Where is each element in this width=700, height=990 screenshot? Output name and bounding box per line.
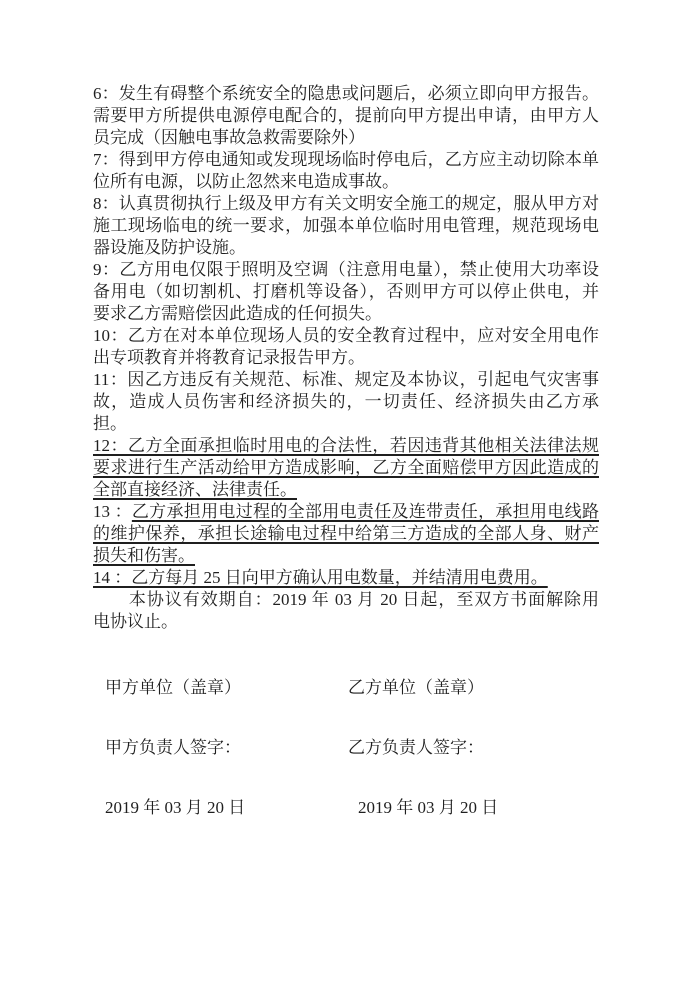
clause-line: 8：认真贯彻执行上级及甲方有关文明安全施工的规定，服从甲方对	[93, 193, 599, 215]
clause-line: 12：乙方全面承担临时用电的合法性，若因违背其他相关法律法规	[93, 435, 599, 457]
party-b-unit-label: 乙方单位（盖章）	[348, 678, 484, 698]
underlined-clause-text: 的维护保养，承担长途输电过程中给第三方造成的全部人身、财产	[93, 524, 599, 543]
clause-line: 施工现场临电的统一要求，加强本单位临时用电管理，规范现场电	[93, 215, 599, 237]
clause-line: 器设施及防护设施。	[93, 237, 599, 259]
party-a-signer-label: 甲方负责人签字：	[105, 738, 241, 758]
party-a-unit-label: 甲方单位（盖章）	[105, 678, 241, 698]
clause-line: 位所有电源，以防止忽然来电造成事故。	[93, 171, 599, 193]
underlined-clause-text: 全部直接经济、法律责任。	[93, 480, 297, 499]
clause-line: 全部直接经济、法律责任。	[93, 479, 599, 501]
underlined-clause-text: 12：乙方全面承担临时用电的合法性，若因违背其他相关法律法规	[93, 436, 599, 455]
underlined-clause-text: 要求进行生产活动给甲方造成影响，乙方全面赔偿甲方因此造成的	[93, 458, 599, 477]
clause-line: 损失和伤害。	[93, 545, 599, 567]
clause-line: 11：因乙方违反有关规范、标准、规定及本协议，引起电气灾害事	[93, 369, 599, 391]
clause-number-prefix: 13 ：	[93, 502, 132, 521]
clause-line: 本协议有效期自：2019 年 03 月 20 日起，至双方书面解除用	[93, 589, 599, 611]
clause-line: 出专项教育并将教育记录报告甲方。	[93, 347, 599, 369]
clause-line: 备用电（如切割机、打磨机等设备），否则甲方可以停止供电，并	[93, 281, 599, 303]
underlined-clause-text: 乙方承担用电过程的全部用电责任及连带责任，承担用电线路	[132, 502, 599, 521]
party-b-date: 2019 年 03 月 20 日	[358, 798, 498, 818]
clause-line: 员完成（因触电事故急救需要除外）	[93, 127, 599, 149]
clause-line: 电协议止。	[93, 611, 599, 633]
clause-line: 要求乙方需赔偿因此造成的任何损失。	[93, 303, 599, 325]
clause-line: 需要甲方所提供电源停电配合的，提前向甲方提出申请，由甲方人	[93, 105, 599, 127]
clause-line: 7：得到甲方停电通知或发现现场临时停电后，乙方应主动切除本单	[93, 149, 599, 171]
clause-line: 故，造成人员伤害和经济损失的，一切责任、经济损失由乙方承	[93, 391, 599, 413]
clause-line: 14 ：乙方每月 25 日向甲方确认用电数量，并结清用电费用。	[93, 567, 599, 589]
clause-line: 6：发生有碍整个系统安全的隐患或问题后，必须立即向甲方报告。	[93, 83, 599, 105]
clause-line: 9：乙方用电仅限于照明及空调（注意用电量），禁止使用大功率设	[93, 259, 599, 281]
clause-line: 10：乙方在对本单位现场人员的安全教育过程中，应对安全用电作	[93, 325, 599, 347]
underlined-clause-text: 14 ：乙方每月 25 日向甲方确认用电数量，并结清用电费用。	[93, 568, 548, 587]
clause-line: 的维护保养，承担长途输电过程中给第三方造成的全部人身、财产	[93, 523, 599, 545]
agreement-clauses: 6：发生有碍整个系统安全的隐患或问题后，必须立即向甲方报告。需要甲方所提供电源停…	[93, 83, 599, 633]
party-b-signer-label: 乙方负责人签字：	[348, 738, 484, 758]
party-a-date: 2019 年 03 月 20 日	[105, 798, 245, 818]
clause-line: 13 ：乙方承担用电过程的全部用电责任及连带责任，承担用电线路	[93, 501, 599, 523]
underlined-clause-text: 损失和伤害。	[93, 546, 195, 565]
document-page: 6：发生有碍整个系统安全的隐患或问题后，必须立即向甲方报告。需要甲方所提供电源停…	[0, 0, 700, 990]
clause-line: 要求进行生产活动给甲方造成影响，乙方全面赔偿甲方因此造成的	[93, 457, 599, 479]
clause-line: 担。	[93, 413, 599, 435]
